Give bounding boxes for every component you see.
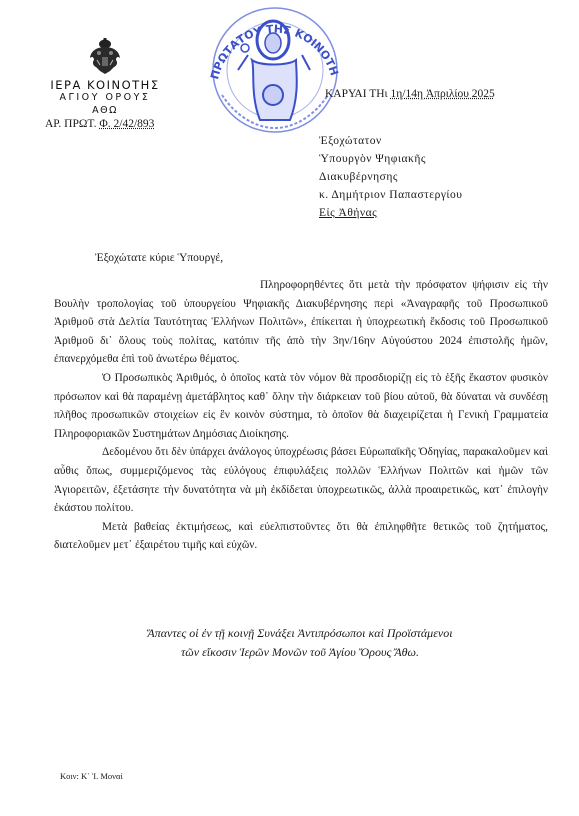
signature-line: τῶν εἴκοσιν Ἱερῶν Μονῶν τοῦ Ἁγίου Ὄρους … (60, 643, 540, 662)
holy-community-seal-icon: ΠΡΩΤΑΤΟΥ ΤΗΣ ΚΟΙΝΟΤΗΤΟΣ ΤΟΥ ΑΓΙΟΥ ΟΡΟΥΣ (200, 0, 350, 135)
date-place: ΚΑΡΥΑΙ ΤΗι (325, 88, 388, 100)
date-value: 1η/14η Ἀπριλίου 2025 (391, 88, 495, 100)
signature-line: Ἅπαντες οἱ ἐν τῇ κοινῇ Συνάξει Ἀντιπρόσω… (60, 624, 540, 643)
recipient-line: Διακυβέρνησης (319, 168, 462, 186)
org-name: ΙΕΡΑ ΚΟΙΝΟΤΗΣ (20, 78, 190, 92)
dateline: ΚΑΡΥΑΙ ΤΗι 1η/14η Ἀπριλίου 2025 (325, 88, 495, 100)
recipient-block: Ἐξοχώτατον Ὑπουργὸν Ψηφιακῆς Διακυβέρνησ… (319, 132, 462, 222)
protocol-value: Φ. 2/42/893 (99, 118, 154, 130)
body-paragraph: Δεδομένου ὅτι δὲν ὑπάρχει ἀνάλογος ὑποχρ… (54, 443, 548, 517)
recipient-city: Εἰς Ἀθήνας (319, 204, 462, 222)
recipient-line: Ἐξοχώτατον (319, 132, 462, 150)
cc-footer: Κοιν: Κ΄ Ἱ. Μοναί (60, 771, 123, 781)
double-headed-eagle-icon (88, 38, 122, 76)
salutation: Ἐξοχώτατε κύριε Ὑπουργέ, (95, 252, 223, 264)
signature-block: Ἅπαντες οἱ ἐν τῇ κοινῇ Συνάξει Ἀντιπρόσω… (60, 624, 540, 662)
body-paragraph: Πληροφορηθέντες ὅτι μετὰ τὴν πρόσφατον ψ… (54, 276, 548, 369)
body-paragraph: Ὁ Προσωπικὸς Ἀριθμός, ὁ ὁποῖος κατὰ τὸν … (54, 369, 548, 443)
protocol-label: ΑΡ. ΠΡΩΤ. (45, 118, 96, 130)
letter-body: Πληροφορηθέντες ὅτι μετὰ τὴν πρόσφατον ψ… (54, 276, 548, 555)
org-place: ΑΘΩ (20, 105, 190, 116)
org-subtitle: ΑΓΙΟΥ ΟΡΟΥΣ (20, 92, 190, 103)
protocol-number: ΑΡ. ΠΡΩΤ. Φ. 2/42/893 (45, 118, 154, 130)
recipient-line: Ὑπουργὸν Ψηφιακῆς (319, 150, 462, 168)
recipient-line: κ. Δημήτριον Παπαστεργίου (319, 186, 462, 204)
body-paragraph: Μετὰ βαθείας ἐκτιμήσεως, καὶ εὐελπιστοῦν… (54, 518, 548, 555)
